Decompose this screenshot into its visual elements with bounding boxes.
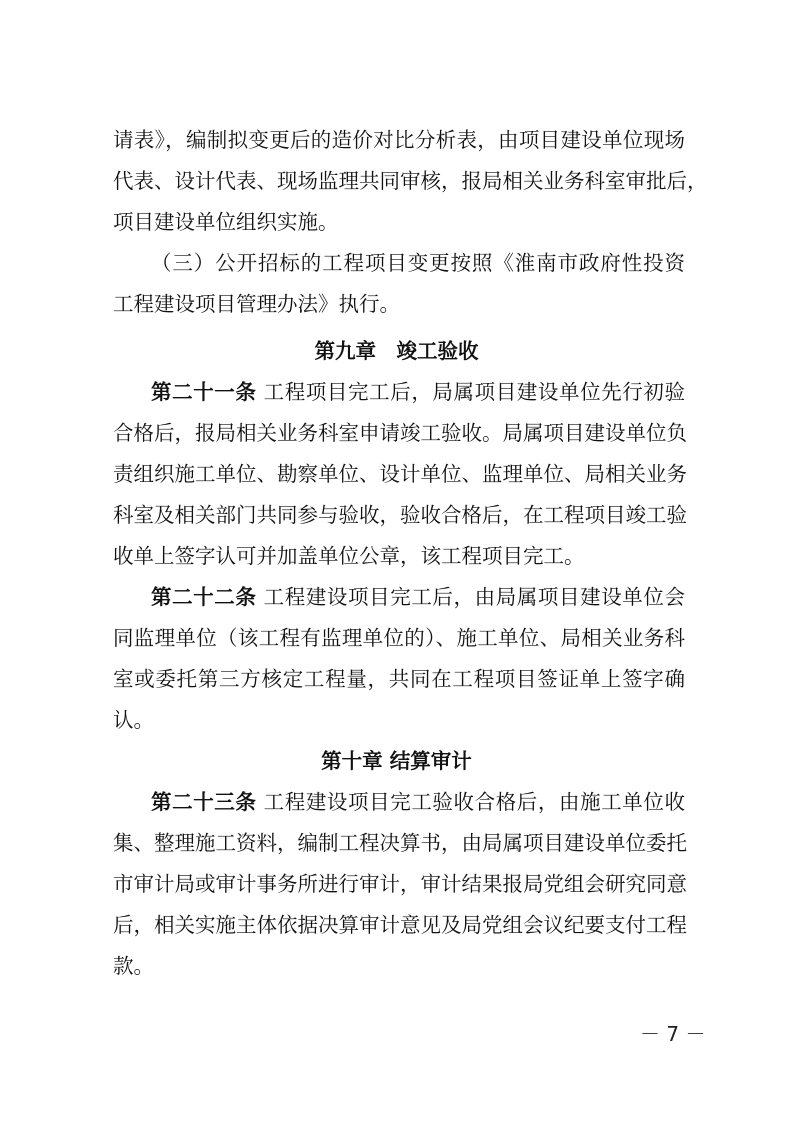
paragraph-line: 合格后，报局相关业务科室申请竣工验收。局属项目建设单位负 [113,419,685,447]
paragraph-line: 后，相关实施主体依据决算审计意见及局党组会议纪要支付工程 [113,911,685,939]
article-text: 工程建设项目完工验收合格后，由施工单位收 [264,790,685,814]
paragraph-line: 收单上签字认可并加盖单位公章，该工程项目完工。 [113,542,685,570]
chapter-heading: 第十章 结算审计 [0,747,793,775]
paragraph-line: 科室及相关部门共同参与验收，验收合格后，在工程项目竣工验 [113,501,685,529]
paragraph-line: 项目建设单位组织实施。 [113,208,685,236]
paragraph-line: （三）公开招标的工程项目变更按照《淮南市政府性投资 [151,249,685,277]
article-first-line: 第二十三条 工程建设项目完工验收合格后，由施工单位收 [151,788,685,816]
paragraph-line: 款。 [113,952,685,980]
article-first-line: 第二十一条 工程项目完工后，局属项目建设单位先行初验 [151,378,685,406]
paragraph-line: 同监理单位（该工程有监理单位的）、施工单位、局相关业务科 [113,624,685,652]
article-label: 第二十三条 [151,790,257,814]
paragraph-line: 市审计局或审计事务所进行审计，审计结果报局党组会研究同意 [113,870,685,898]
paragraph-line: 请表》，编制拟变更后的造价对比分析表，由项目建设单位现场 [113,126,685,154]
page-number: － 7 － [640,1018,705,1047]
article-first-line: 第二十二条 工程建设项目完工后，由局属项目建设单位会 [151,583,685,611]
document-page: 请表》，编制拟变更后的造价对比分析表，由项目建设单位现场 代表、设计代表、现场监… [0,0,793,1122]
chapter-heading: 第九章 竣工验收 [0,337,793,365]
paragraph-line: 工程建设项目管理办法》执行。 [113,290,685,318]
paragraph-line: 代表、设计代表、现场监理共同审核，报局相关业务科室审批后， [113,167,685,195]
article-label: 第二十一条 [151,380,257,404]
paragraph-line: 认。 [113,706,685,734]
article-text: 工程建设项目完工后，由局属项目建设单位会 [264,585,685,609]
paragraph-line: 集、整理施工资料，编制工程决算书，由局属项目建设单位委托 [113,829,685,857]
paragraph-line: 室或委托第三方核定工程量，共同在工程项目签证单上签字确 [113,665,685,693]
article-label: 第二十二条 [151,585,257,609]
article-text: 工程项目完工后，局属项目建设单位先行初验 [264,380,685,404]
paragraph-line: 责组织施工单位、勘察单位、设计单位、监理单位、局相关业务 [113,460,685,488]
